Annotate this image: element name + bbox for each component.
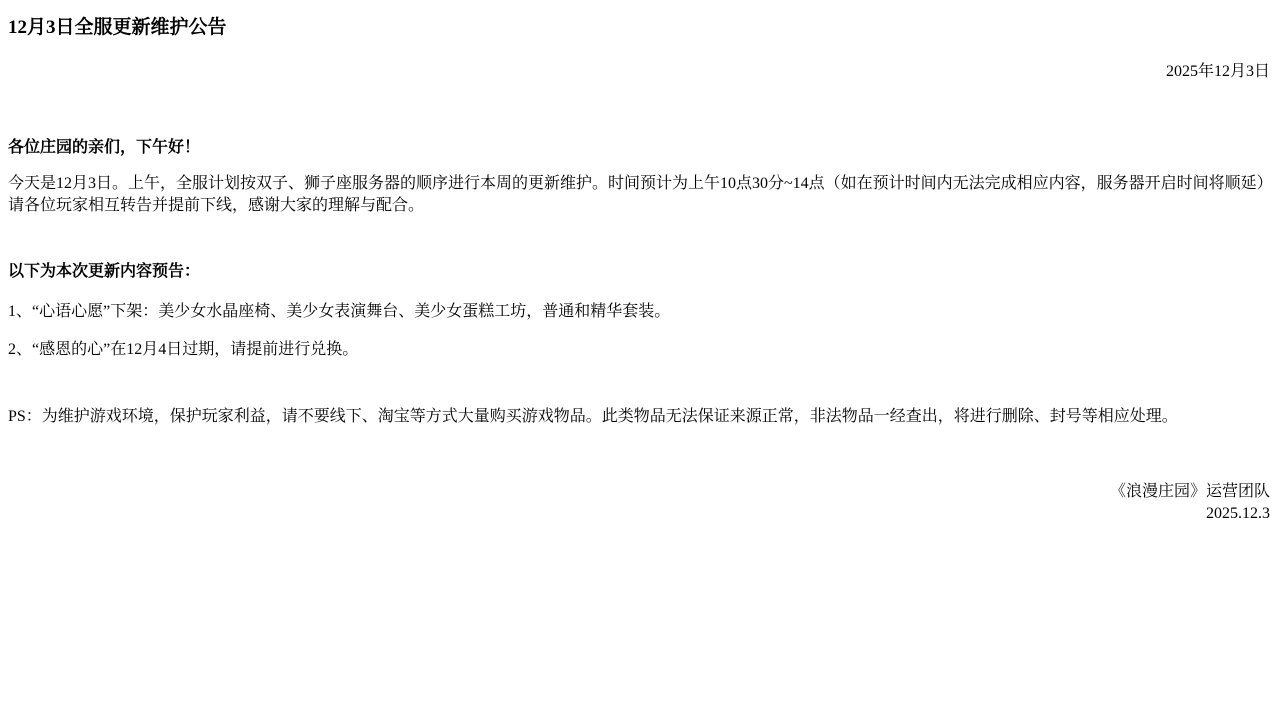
page-title: 12月3日全服更新维护公告 [8,15,1270,41]
announcement-page: 12月3日全服更新维护公告 2025年12月3日 各位庄园的亲们，下午好！ 今天… [0,0,1280,720]
greeting-line: 各位庄园的亲们，下午好！ [8,137,1270,159]
update-preview-heading: 以下为本次更新内容预告： [8,261,1270,283]
signature-block: 《浪漫庄园》运营团队 2025.12.3 [8,481,1270,525]
update-item-2: 2、“感恩的心”在12月4日过期，请提前进行兑换。 [8,339,1270,361]
signature-team: 《浪漫庄园》运营团队 [8,481,1270,503]
ps-warning-note: PS：为维护游戏环境，保护玩家利益，请不要线下、淘宝等方式大量购买游戏物品。此类… [8,406,1270,428]
update-item-1: 1、“心语心愿”下架：美少女水晶座椅、美少女表演舞台、美少女蛋糕工坊，普通和精华… [8,301,1270,323]
signature-date: 2025.12.3 [8,503,1270,525]
publish-date: 2025年12月3日 [8,61,1270,83]
maintenance-intro-paragraph: 今天是12月3日。上午，全服计划按双子、狮子座服务器的顺序进行本周的更新维护。时… [8,173,1270,217]
